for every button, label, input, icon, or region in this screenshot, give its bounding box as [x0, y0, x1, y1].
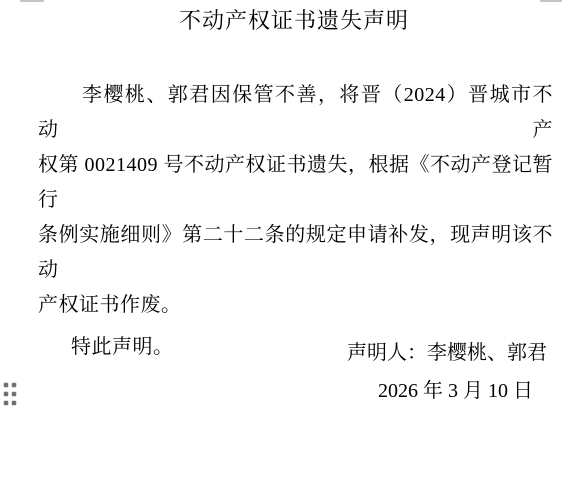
drag-handle-dot	[4, 383, 8, 387]
body-line-2: 权第 0021409 号不动产权证书遗失，根据《不动产登记暂行	[38, 148, 553, 218]
drag-handle-dot	[4, 392, 8, 396]
document-page: 不动产权证书遗失声明 李樱桃、郭君因保管不善，将晋（2024）晋城市不动产 权第…	[0, 0, 588, 487]
drag-handle-dot	[12, 401, 16, 405]
document-body: 李樱桃、郭君因保管不善，将晋（2024）晋城市不动产 权第 0021409 号不…	[38, 78, 553, 365]
top-left-edge-fragment	[20, 0, 44, 2]
declarant-line: 声明人：李樱桃、郭君	[347, 342, 547, 364]
body-line-3: 条例实施细则》第二十二条的规定申请补发，现声明该不动	[38, 218, 553, 288]
date-line: 2026 年 3 月 10 日	[378, 380, 533, 402]
drag-handle-dot	[12, 392, 16, 396]
drag-handle-dot	[12, 383, 16, 387]
drag-handle-dot	[4, 401, 8, 405]
drag-handle-icon[interactable]	[4, 383, 16, 405]
document-title: 不动产权证书遗失声明	[0, 8, 588, 34]
top-right-edge-fragment	[540, 0, 562, 2]
body-line-4: 产权证书作废。	[38, 288, 553, 323]
body-line-1: 李樱桃、郭君因保管不善，将晋（2024）晋城市不动产	[38, 78, 553, 148]
